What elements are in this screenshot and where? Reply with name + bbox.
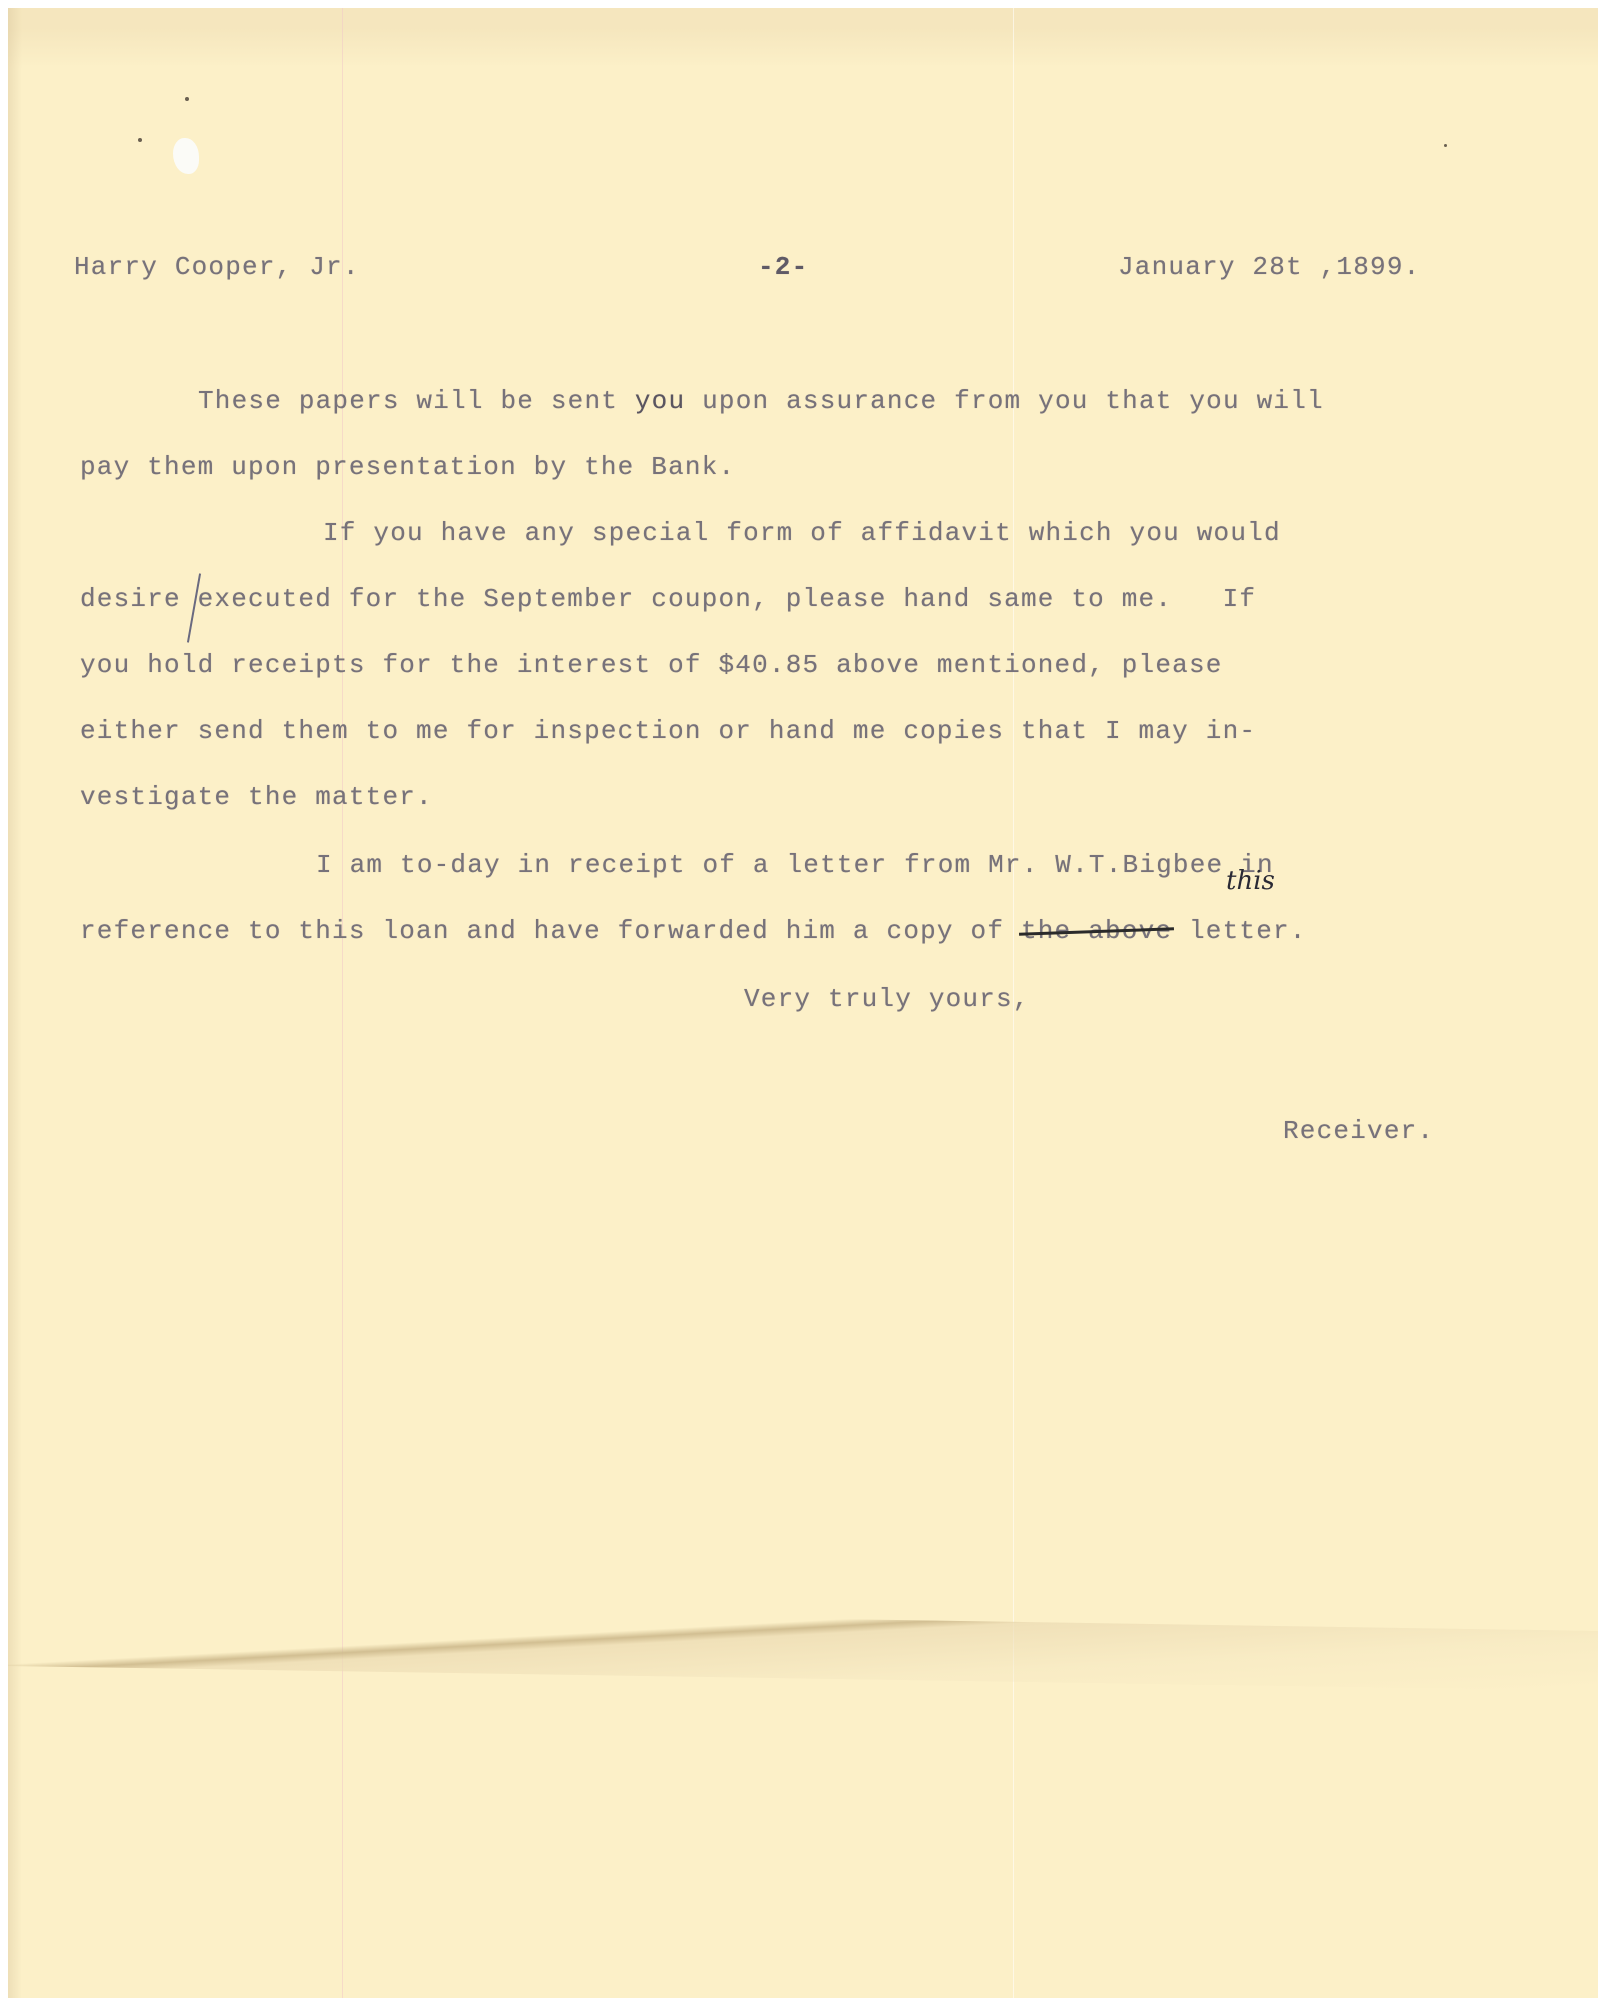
ink-speck	[138, 138, 142, 142]
paragraph-2-line-3: you hold receipts for the interest of $4…	[80, 650, 1223, 680]
struck-text: the above	[1021, 916, 1172, 946]
paragraph-1-line-1: These papers will be sent you upon assur…	[198, 386, 1324, 416]
page-number: -2-	[758, 252, 808, 282]
paragraph-1-line-2: pay them upon presentation by the Bank.	[80, 452, 735, 482]
ink-speck	[1444, 144, 1447, 147]
letter-page: Harry Cooper, Jr. -2- January 28t ,1899.…	[8, 8, 1598, 1998]
ink-speck	[185, 97, 189, 101]
paragraph-3-line-1: I am to-day in receipt of a letter from …	[316, 850, 1274, 880]
margin-line	[342, 8, 343, 1998]
closing-salutation: Very truly yours,	[744, 984, 1030, 1014]
horizontal-fold	[8, 1606, 1598, 1691]
paragraph-2-line-5: vestigate the matter.	[80, 782, 433, 812]
addressee: Harry Cooper, Jr.	[74, 252, 360, 282]
paragraph-2-line-1: If you have any special form of affidavi…	[323, 518, 1281, 548]
paper-hole	[173, 138, 199, 174]
paragraph-2-line-4: either send them to me for inspection or…	[80, 716, 1256, 746]
signature-title: Receiver.	[1283, 1116, 1434, 1146]
handwritten-insertion: this	[1226, 866, 1275, 896]
letter-date: January 28t ,1899.	[1118, 252, 1420, 282]
paragraph-2-line-2: desire executed for the September coupon…	[80, 584, 1256, 614]
paragraph-3-line-2: reference to this loan and have forwarde…	[80, 916, 1307, 946]
